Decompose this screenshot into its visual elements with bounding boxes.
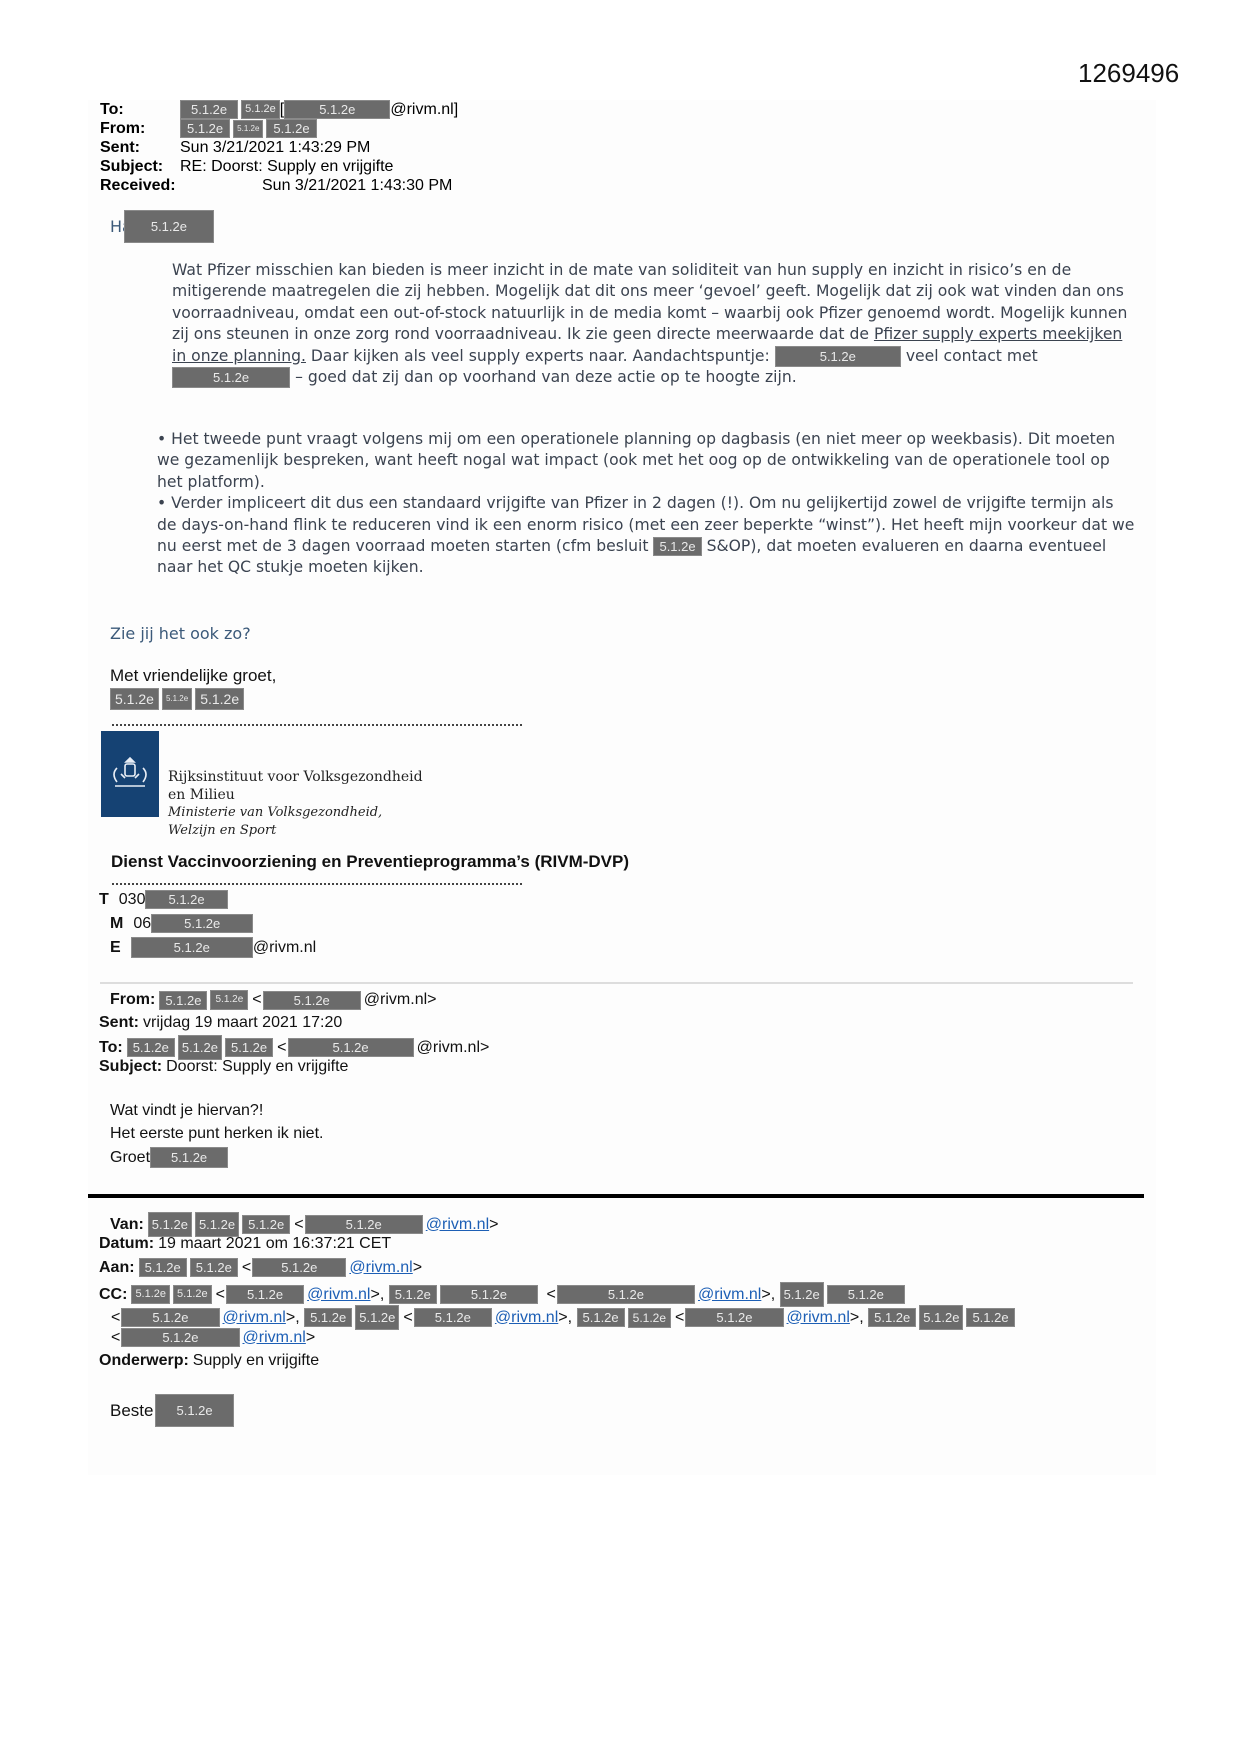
closing-text: Met vriendelijke groet, [110, 666, 276, 686]
redaction: 5.1.2e [124, 210, 214, 243]
email-link[interactable]: @rivm.nl [243, 1329, 306, 1347]
email-link[interactable]: @rivm.nl [787, 1309, 850, 1327]
email-row: E 5.1.2e @rivm.nl [110, 937, 316, 958]
redaction: 5.1.2e [178, 1035, 222, 1060]
redaction: 5.1.2e [868, 1308, 916, 1327]
fwd1-sent-row: Sent: vrijdag 19 maart 2021 17:20 [99, 1014, 342, 1032]
sign-off: Groet [110, 1149, 150, 1167]
redaction: 5.1.2e [150, 1147, 228, 1168]
sent-value: vrijdag 19 maart 2021 17:20 [143, 1014, 342, 1032]
closing-signature: 5.1.2e 5.1.2e 5.1.2e [110, 688, 244, 710]
fwd2-to-row: Aan: 5.1.2e 5.1.2e < 5.1.2e @rivm.nl> [99, 1258, 422, 1277]
sent-label: Sent: [100, 139, 184, 157]
email-link[interactable]: @rivm.nl [349, 1259, 412, 1277]
email-link[interactable]: @rivm.nl [495, 1309, 558, 1327]
bullet-list: • Het tweede punt vraagt volgens mij om … [157, 429, 1137, 579]
coat-of-arms-icon [107, 754, 153, 794]
greeting-text: Beste [110, 1401, 153, 1421]
mobile-row: M 06 5.1.2e [110, 914, 253, 933]
date-label: Datum: [99, 1235, 154, 1253]
rijksoverheid-logo [101, 731, 159, 817]
subject-label: Subject: [100, 158, 184, 176]
redaction: 5.1.2e [121, 1308, 219, 1327]
email-label: E [110, 939, 121, 957]
fwd1-body-line: Groet 5.1.2e [110, 1147, 228, 1168]
email-link[interactable]: @rivm.nl [426, 1216, 489, 1234]
paragraph-text: Daar kijken als veel supply experts naar… [306, 347, 775, 365]
redaction: 5.1.2e [577, 1308, 625, 1327]
redaction: 5.1.2e [159, 991, 207, 1010]
redaction: 5.1.2e [225, 1038, 273, 1057]
redaction: 5.1.2e [148, 1212, 192, 1237]
fwd2-greeting: Beste 5.1.2e [110, 1394, 234, 1427]
redaction: 5.1.2e [162, 688, 192, 710]
redaction: 5.1.2e [210, 990, 248, 1010]
email-link[interactable]: @rivm.nl [223, 1309, 286, 1327]
redaction: 5.1.2e [557, 1285, 695, 1304]
date-value: 19 maart 2021 om 16:37:21 CET [158, 1235, 391, 1253]
subject-row: Subject: RE: Doorst: Supply en vrijgifte [100, 157, 458, 176]
redaction: 5.1.2e [389, 1285, 437, 1304]
subject-value: Doorst: Supply en vrijgifte [166, 1058, 348, 1076]
fwd1-to-row: To: 5.1.2e 5.1.2e 5.1.2e < 5.1.2e @rivm.… [99, 1035, 489, 1060]
email-link[interactable]: @rivm.nl [698, 1286, 761, 1304]
redaction: 5.1.2e [131, 937, 253, 958]
redaction: 5.1.2e [966, 1308, 1014, 1327]
paragraph-text: – goed dat zij dan op voorhand van deze … [290, 368, 797, 386]
redaction: 5.1.2e [190, 1258, 238, 1277]
to-email-suffix: @rivm.nl> [417, 1039, 490, 1057]
fwd1-subject-row: Subject: Doorst: Supply en vrijgifte [99, 1058, 348, 1076]
fwd1-from-row: From: 5.1.2e 5.1.2e < 5.1.2e @rivm.nl> [110, 990, 437, 1010]
fwd2-date-row: Datum: 19 maart 2021 om 16:37:21 CET [99, 1235, 391, 1253]
to-label: To: [100, 101, 184, 119]
redaction: 5.1.2e [180, 119, 230, 138]
redaction: 5.1.2e [685, 1308, 783, 1327]
redaction: 5.1.2e [173, 1285, 212, 1304]
fwd1-body-line: Wat vindt je hiervan?! [110, 1102, 263, 1120]
redaction: 5.1.2e [195, 1212, 239, 1237]
redaction: 5.1.2e [775, 346, 901, 367]
redaction: 5.1.2e [226, 1285, 304, 1304]
email-suffix: @rivm.nl [253, 939, 316, 957]
fwd2-subject-row: Onderwerp: Supply en vrijgifte [99, 1352, 319, 1370]
redaction: 5.1.2e [284, 100, 390, 119]
email-link[interactable]: @rivm.nl [307, 1286, 370, 1304]
subject-value: RE: Doorst: Supply en vrijgifte [180, 158, 393, 176]
to-email-suffix: @rivm.nl] [390, 101, 458, 119]
redaction: 5.1.2e [139, 1258, 187, 1277]
question-text: Zie jij het ook zo? [110, 624, 251, 643]
body-paragraph: Wat Pfizer misschien kan bieden is meer … [172, 260, 1132, 388]
dotted-divider [112, 883, 522, 885]
to-label: Aan: [99, 1259, 135, 1277]
redaction: 5.1.2e [180, 100, 238, 119]
from-label: Van: [110, 1216, 144, 1234]
subject-value: Supply en vrijgifte [193, 1352, 319, 1370]
redaction: 5.1.2e [127, 1038, 175, 1057]
redaction: 5.1.2e [355, 1305, 399, 1330]
mobile-prefix: 06 [133, 915, 151, 933]
dotted-divider [112, 724, 522, 726]
from-label: From: [110, 991, 155, 1009]
redaction: 5.1.2e [653, 537, 701, 556]
fwd2-cc-row-2: < 5.1.2e @rivm.nl>, 5.1.2e 5.1.2e < 5.1.… [110, 1305, 1018, 1330]
redaction: 5.1.2e [172, 367, 290, 388]
from-email-suffix: @rivm.nl> [364, 991, 437, 1009]
redaction: 5.1.2e [155, 1394, 233, 1427]
department-name: Dienst Vaccinvoorziening en Preventiepro… [111, 852, 629, 872]
to-row: To: 5.1.2e 5.1.2e [ 5.1.2e @rivm.nl] [100, 100, 458, 119]
redaction: 5.1.2e [288, 1038, 414, 1057]
phone-row: T 030 5.1.2e [99, 890, 228, 909]
subject-label: Onderwerp: [99, 1352, 189, 1370]
redaction: 5.1.2e [304, 1308, 352, 1327]
paragraph-text: veel contact met [901, 347, 1038, 365]
redaction: 5.1.2e [131, 1285, 170, 1304]
fwd2-from-row: Van: 5.1.2e 5.1.2e 5.1.2e < 5.1.2e @rivm… [110, 1212, 498, 1237]
mobile-label: M [110, 915, 123, 933]
redaction: 5.1.2e [263, 991, 361, 1010]
organization-name: Rijksinstituut voor Volksgezondheid en M… [168, 768, 423, 840]
redaction: 5.1.2e [110, 688, 159, 710]
fwd1-body-line: Het eerste punt herken ik niet. [110, 1125, 323, 1143]
redaction: 5.1.2e [305, 1215, 423, 1234]
thick-divider [88, 1194, 1144, 1198]
redaction: 5.1.2e [151, 914, 253, 933]
fwd2-cc-row-3: < 5.1.2e @rivm.nl> [110, 1328, 315, 1347]
redaction: 5.1.2e [195, 688, 244, 710]
redaction: 5.1.2e [266, 119, 316, 138]
redaction: 5.1.2e [440, 1285, 538, 1304]
bullet-item: • Het tweede punt vraagt volgens mij om … [157, 429, 1137, 493]
redaction: 5.1.2e [233, 120, 263, 138]
sent-value: Sun 3/21/2021 1:43:29 PM [180, 139, 370, 157]
redaction: 5.1.2e [919, 1305, 963, 1330]
phone-prefix: 030 [119, 891, 146, 909]
sent-row: Sent: Sun 3/21/2021 1:43:29 PM [100, 138, 458, 157]
redaction: 5.1.2e [780, 1282, 824, 1307]
redaction: 5.1.2e [414, 1308, 492, 1327]
ministry-line-1: Ministerie van Volksgezondheid, [168, 804, 423, 822]
document-id: 1269496 [1078, 58, 1179, 89]
redaction: 5.1.2e [252, 1258, 346, 1277]
divider [100, 982, 1133, 984]
redaction: 5.1.2e [241, 100, 280, 119]
received-label: Received: [100, 177, 184, 195]
phone-label: T [99, 891, 109, 909]
email-header: To: 5.1.2e 5.1.2e [ 5.1.2e @rivm.nl] Fro… [100, 100, 458, 195]
org-line-1: Rijksinstituut voor Volksgezondheid [168, 768, 423, 786]
bullet-item: • Verder impliceert dit dus een standaar… [157, 493, 1137, 579]
subject-label: Subject: [99, 1058, 162, 1076]
fwd2-cc-row: CC: 5.1.2e 5.1.2e < 5.1.2e @rivm.nl>, 5.… [99, 1282, 908, 1307]
to-label: To: [99, 1039, 123, 1057]
redaction: 5.1.2e [242, 1215, 290, 1234]
sent-label: Sent: [99, 1014, 139, 1032]
redaction: 5.1.2e [121, 1328, 239, 1347]
redaction: 5.1.2e [628, 1308, 671, 1328]
org-line-2: en Milieu [168, 786, 423, 804]
received-row: Received: Sun 3/21/2021 1:43:30 PM [100, 176, 458, 195]
greeting: Ha 5.1.2e [110, 210, 214, 243]
redaction: 5.1.2e [827, 1285, 905, 1304]
cc-label: CC: [99, 1286, 127, 1304]
from-row: From: 5.1.2e 5.1.2e 5.1.2e [100, 119, 458, 138]
ministry-line-2: Welzijn en Sport [168, 822, 423, 840]
from-label: From: [100, 120, 184, 138]
redaction: 5.1.2e [145, 890, 227, 909]
received-value: Sun 3/21/2021 1:43:30 PM [262, 177, 452, 195]
